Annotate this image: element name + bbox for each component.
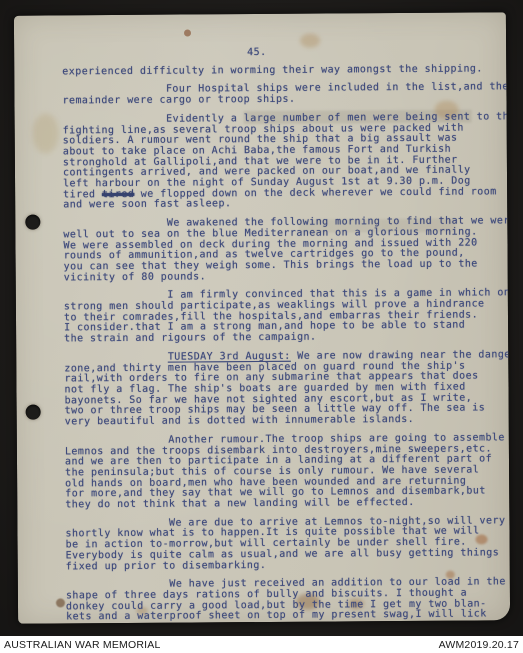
typed-paragraph: Four Hospital ships were included in the… xyxy=(62,83,498,107)
screenshot-root: { "colors": { "backdrop": "#211f1d", "pa… xyxy=(0,0,523,653)
typed-line: fixed up prior to disembarking. xyxy=(66,559,502,573)
scanned-page: 45. experienced difficulty in worming th… xyxy=(14,12,510,623)
typed-paragraph: Evidently a large number of men were bei… xyxy=(63,112,500,211)
typed-line: kets and a waterproof sheet on top of my… xyxy=(66,610,502,624)
footer-bar: AUSTRALIAN WAR MEMORIAL AWM2019.20.17 xyxy=(0,636,523,653)
paper-stain xyxy=(56,598,65,607)
paper-stain xyxy=(300,34,320,48)
punch-hole xyxy=(25,215,40,230)
typed-line: and were soon fast asleep. xyxy=(63,198,499,212)
typed-paragraph: experienced difficulty in worming their … xyxy=(62,64,498,78)
typed-paragraph: We have just received an addition to our… xyxy=(66,578,502,624)
typed-line: they do not think that a new landing wil… xyxy=(65,497,501,511)
typed-line: very beautiful and is dotted with innume… xyxy=(65,414,501,428)
typed-paragraph: Another rumour.The troop ships are going… xyxy=(65,433,502,511)
punch-hole xyxy=(26,405,41,420)
paper-stain xyxy=(33,113,59,153)
typed-paragraph: I am firmly convinced that this is a gam… xyxy=(64,289,500,346)
paper-stain xyxy=(184,29,191,36)
page-number: 45. xyxy=(62,46,498,60)
underlined-heading: TUESDAY 3rd August: xyxy=(168,351,291,363)
typed-line: the strain and rigours of the campaign. xyxy=(64,332,500,346)
typed-paragraph: TUESDAY 3rd August: We are now drawing n… xyxy=(64,350,501,428)
typed-paragraph: We are due to arrive at Lemnos to-night,… xyxy=(65,516,501,573)
typed-line: remainder were cargo or troop ships. xyxy=(62,93,498,107)
typed-text-block: 45. experienced difficulty in worming th… xyxy=(62,46,502,623)
typed-segment: We are now drawing near the danger xyxy=(291,349,510,362)
typed-line: experienced difficulty in worming their … xyxy=(62,64,498,78)
typed-line: vicinity of 80 pounds. xyxy=(64,270,500,284)
paragraphs-container: experienced difficulty in worming their … xyxy=(62,64,502,623)
footer-institution: AUSTRALIAN WAR MEMORIAL xyxy=(4,639,160,651)
footer-accession: AWM2019.20.17 xyxy=(439,639,519,651)
typed-segment xyxy=(64,352,168,364)
typed-paragraph: We awakened the following morning to fin… xyxy=(63,216,499,283)
